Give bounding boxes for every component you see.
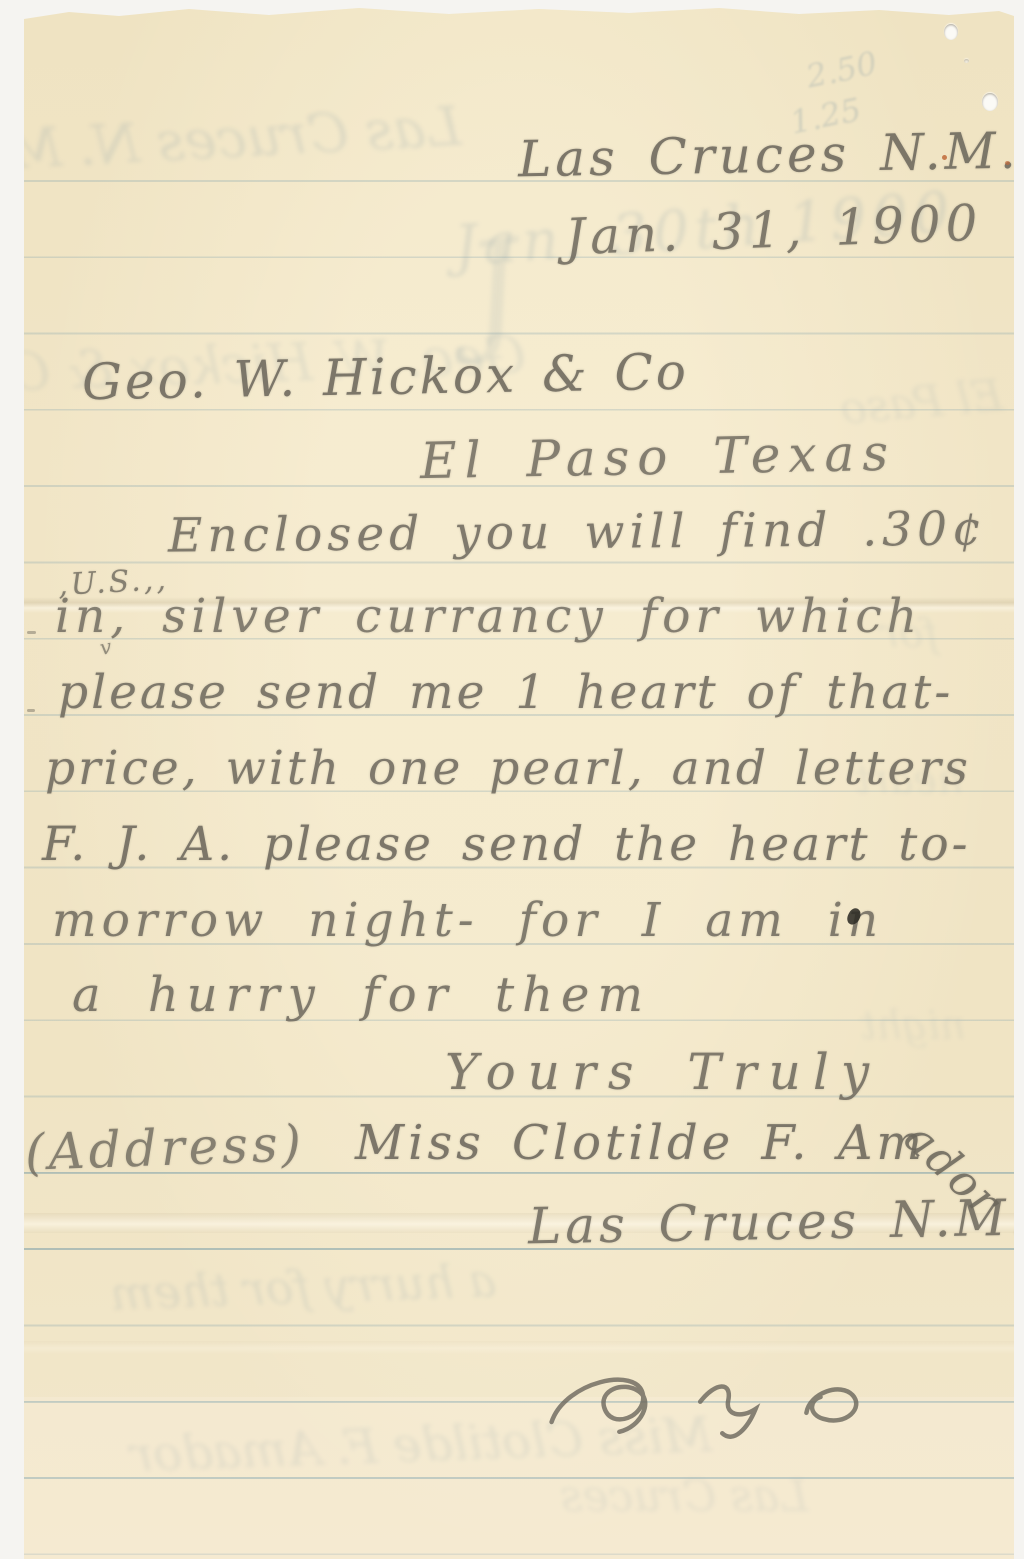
margin-mark <box>27 709 35 712</box>
letter-paper: Las Cruces N. M. Jan. 30th 1900 2.50 1.2… <box>24 5 1014 1559</box>
scanned-letter: Las Cruces N. M. Jan. 30th 1900 2.50 1.2… <box>0 0 1024 1559</box>
pinhole <box>982 93 998 111</box>
rust-speck <box>1005 161 1010 165</box>
rust-speck <box>942 155 947 160</box>
pinhole <box>944 24 958 40</box>
recipient-location-line: El Paso Texas <box>420 424 897 490</box>
pinhole <box>964 59 969 63</box>
ghost-writing: Las Cruces N. M. <box>0 95 463 183</box>
margin-mark <box>27 631 36 634</box>
closing-line: Yours Truly <box>445 1043 881 1101</box>
body-line: Enclosed you will find .30¢ <box>168 501 987 563</box>
body-line: F. J. A. please send the heart to- <box>42 817 971 872</box>
body-line: in, silver currancy for which <box>55 589 922 644</box>
body-line: a hurry for them <box>72 967 651 1023</box>
body-line: morrow night- for I am in <box>52 893 883 948</box>
recipient-line: Geo. W. Hickox & Co <box>82 343 690 412</box>
signature-address-line: Las Cruces N.M. <box>528 1189 1024 1256</box>
signature-address-label: (Address) <box>24 1114 306 1182</box>
body-line: please send me 1 heart of that- <box>58 665 953 720</box>
ghost-writing: 2.50 <box>803 44 881 96</box>
signature-name: Miss Clotilde F. Am <box>355 1115 926 1171</box>
body-line: price, with one pearl, and letters <box>45 741 971 796</box>
